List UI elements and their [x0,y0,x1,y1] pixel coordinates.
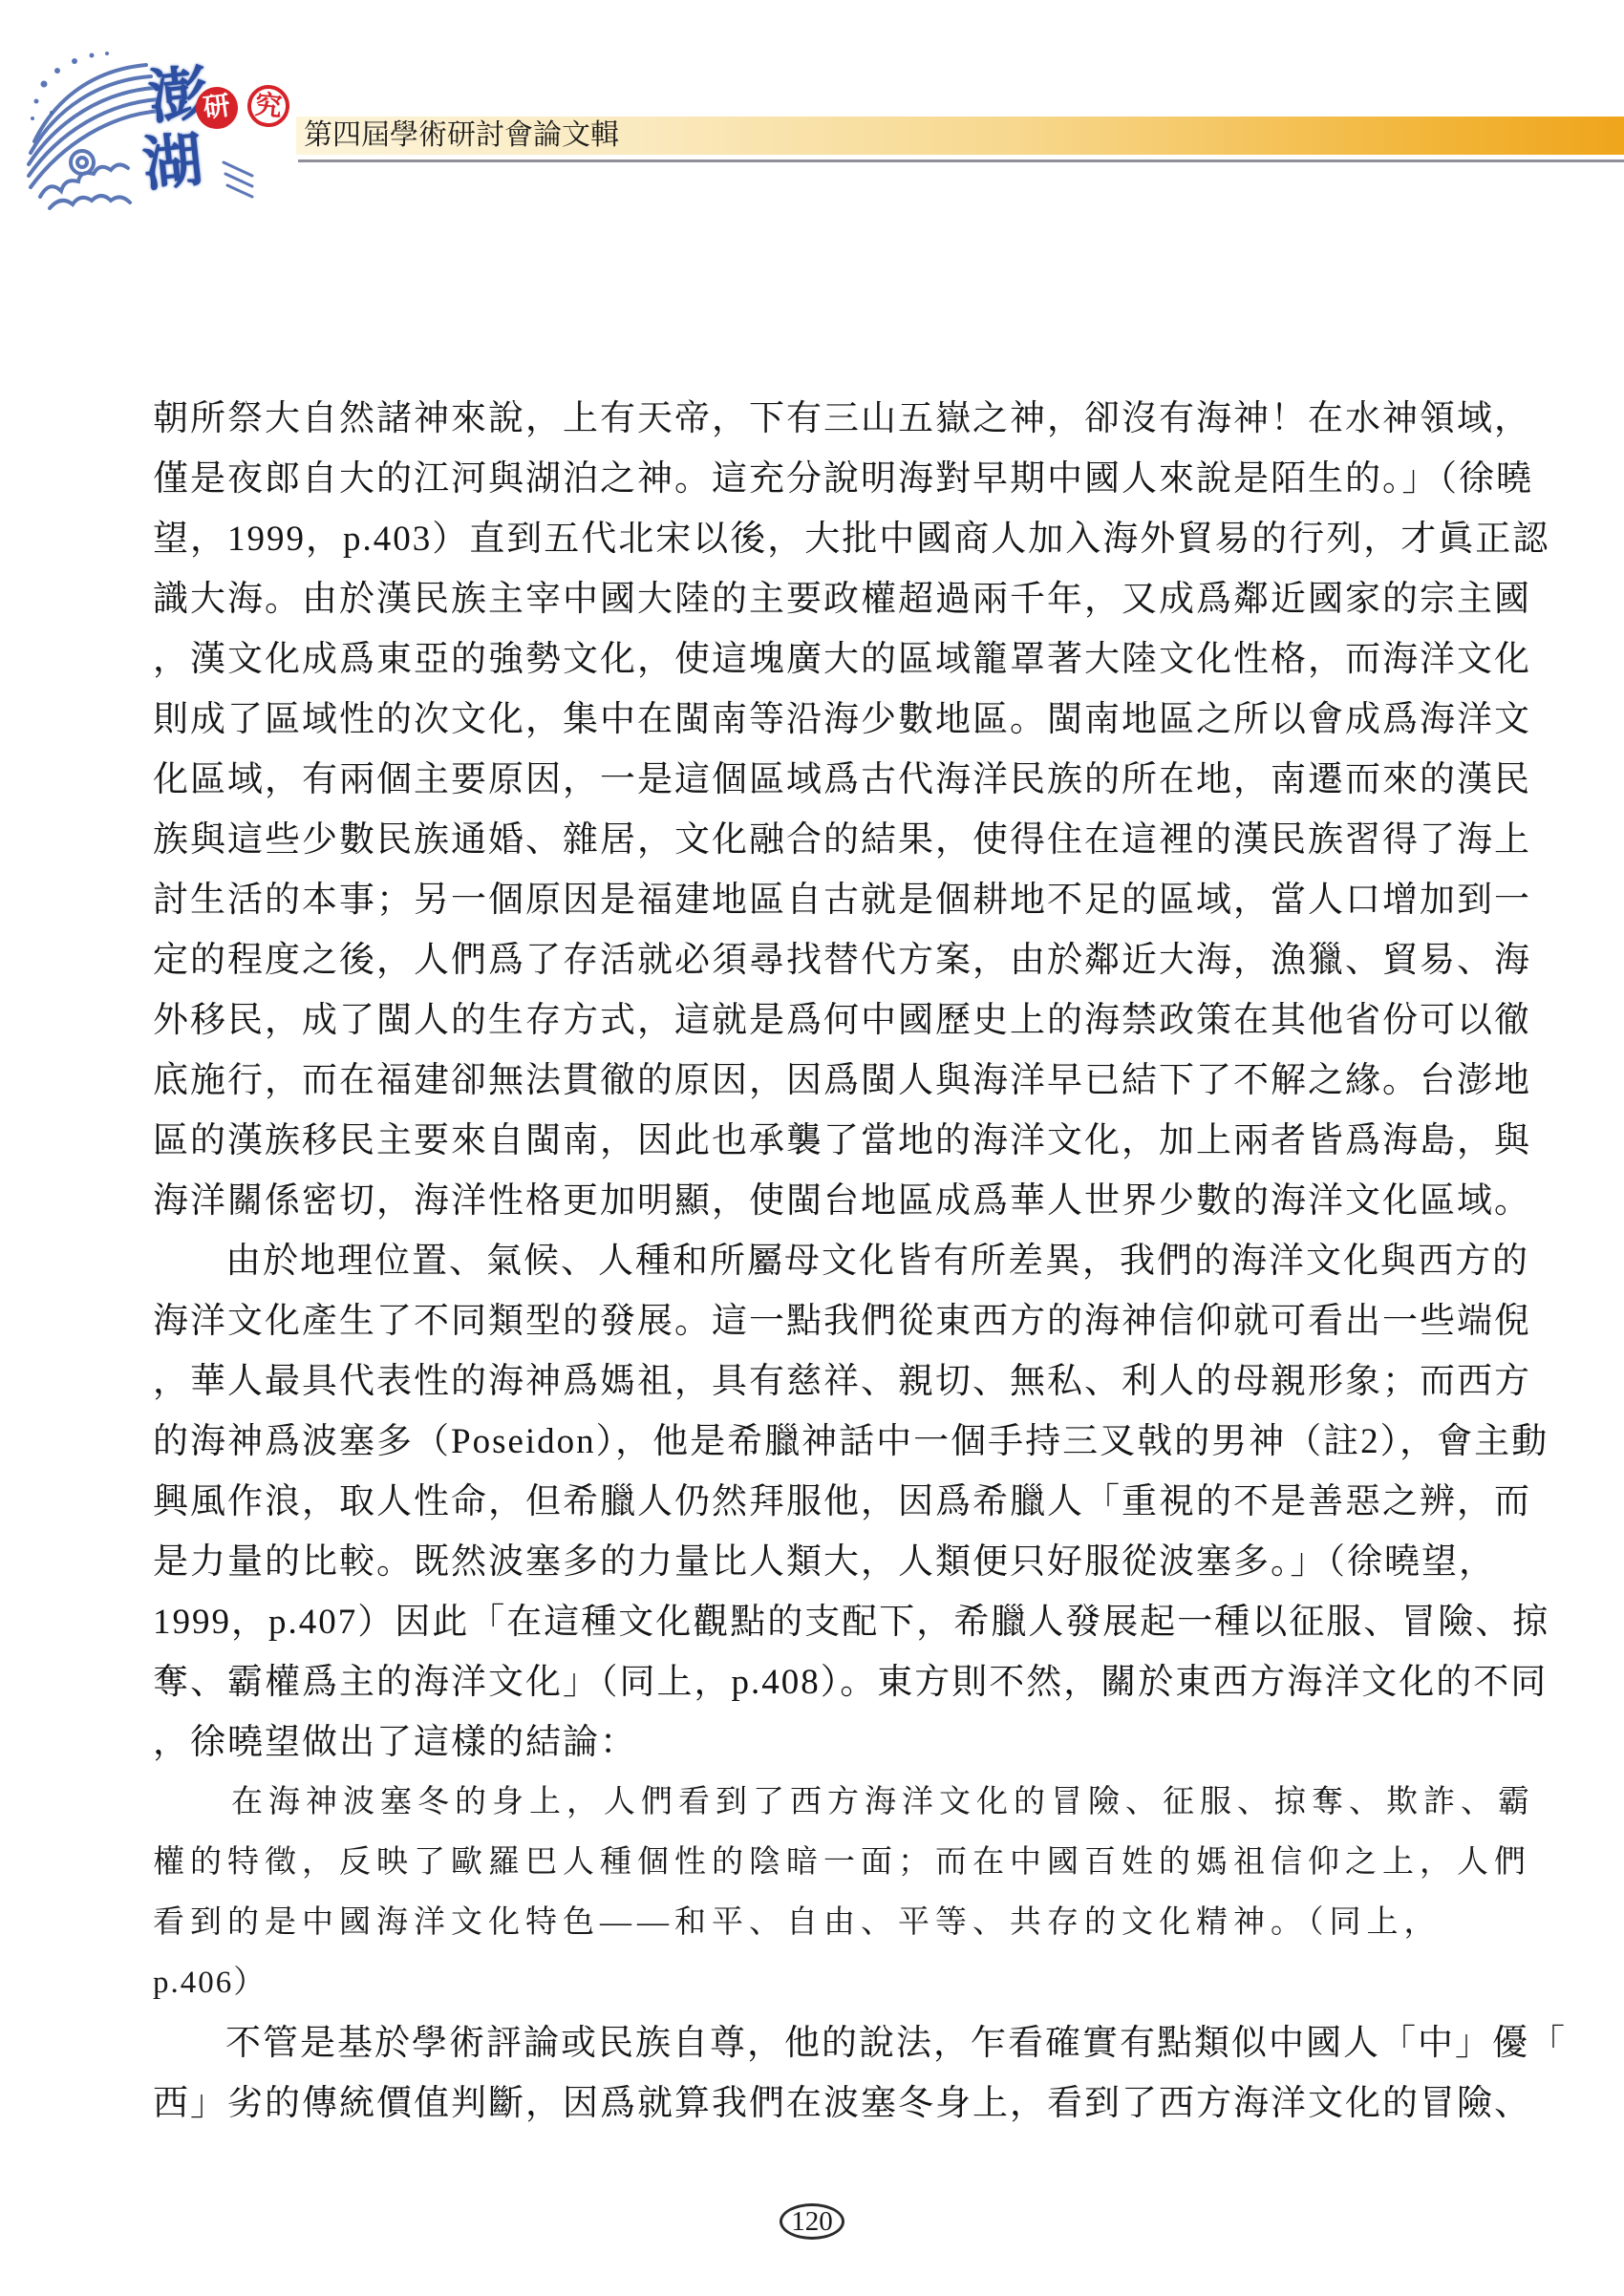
text-line: 朝所祭大自然諸神來說，上有天帝，下有三山五嶽之神，卻沒有海神！在水神領域， [153,389,1479,449]
text-line: 討生活的本事；另一個原因是福建地區自古就是個耕地不足的區域，當人口增加到一 [153,870,1479,930]
text-line: p.406） [153,1953,1479,2013]
text-line: 僅是夜郎自大的江河與湖泊之神。這充分說明海對早期中國人來說是陌生的。」（徐曉 [153,449,1479,509]
text-line: 是力量的比較。既然波塞多的力量比人類大，人類便只好服從波塞多。」（徐曉望， [153,1532,1479,1592]
header-bar: 第四屆學術研討會論文輯 [296,117,1624,155]
text-line: 識大海。由於漢民族主宰中國大陸的主要政權超過兩千年，又成爲鄰近國家的宗主國 [153,569,1479,629]
text-line: 1999，p.407）因此「在這種文化觀點的支配下，希臘人發展起一種以征服、冒險… [153,1592,1479,1652]
penghu-logo: 澎 湖 研 究 [27,46,294,213]
text-line: 化區域，有兩個主要原因，一是這個區域爲古代海洋民族的所在地，南遷而來的漢民 [153,750,1479,810]
document-page: 澎 湖 研 究 第四屆學術研討會論文輯 朝所祭大自然諸神來說，上有天帝，下有三山… [0,0,1624,2296]
text-line: 由於地理位置、氣候、人種和所屬母文化皆有所差異，我們的海洋文化與西方的 [153,1231,1479,1291]
article-body: 朝所祭大自然諸神來說，上有天帝，下有三山五嶽之神，卻沒有海神！在水神領域，僅是夜… [153,389,1479,2134]
logo-character-hu: 湖 [140,131,205,196]
text-line: ，漢文化成爲東亞的強勢文化，使這塊廣大的區域籠罩著大陸文化性格，而海洋文化 [153,629,1479,690]
page-number-badge: 120 [780,2203,844,2240]
text-line: 海洋關係密切，海洋性格更加明顯，使閩台地區成爲華人世界少數的海洋文化區域。 [153,1171,1479,1231]
text-line: 則成了區域性的次文化，集中在閩南等沿海少數地區。閩南地區之所以會成爲海洋文 [153,690,1479,750]
text-line: 在海神波塞冬的身上，人們看到了西方海洋文化的冒險、征服、掠奪、欺詐、霸 [153,1773,1479,1833]
text-line: 底施行，而在福建卻無法貫徹的原因，因爲閩人與海洋早已結下了不解之緣。台澎地 [153,1051,1479,1111]
proceedings-title: 第四屆學術研討會論文輯 [304,120,619,151]
text-line: 的海神爲波塞多（Poseidon），他是希臘神話中一個手持三叉戟的男神（註2），… [153,1412,1479,1472]
text-line: 族與這些少數民族通婚、雜居，文化融合的結果，使得住在這裡的漢民族習得了海上 [153,810,1479,870]
text-line: 奪、霸權爲主的海洋文化」（同上，p.408）。東方則不然，關於東西方海洋文化的不… [153,1652,1479,1712]
text-line: 不管是基於學術評論或民族自尊，他的說法，乍看確實有點類似中國人「中」優「 [153,2013,1479,2073]
header-rule [298,159,1624,162]
text-line: 海洋文化產生了不同類型的發展。這一點我們從東西方的海神信仰就可看出一些端倪 [153,1291,1479,1351]
text-line: 區的漢族移民主要來自閩南，因此也承襲了當地的海洋文化，加上兩者皆爲海島，與 [153,1111,1479,1171]
text-line: ，徐曉望做出了這樣的結論： [153,1712,1479,1773]
text-line: ，華人最具代表性的海神爲媽祖，具有慈祥、親切、無私、利人的母親形象；而西方 [153,1351,1479,1412]
text-line: 西」劣的傳統價值判斷，因爲就算我們在波塞冬身上，看到了西方海洋文化的冒險、 [153,2073,1479,2134]
text-line: 定的程度之後，人們爲了存活就必須尋找替代方案，由於鄰近大海，漁獵、貿易、海 [153,930,1479,990]
text-line: 望，1999，p.403）直到五代北宋以後，大批中國商人加入海外貿易的行列，才眞… [153,509,1479,569]
text-line: 看到的是中國海洋文化特色——和平、自由、平等、共存的文化精神。（同上， [153,1893,1479,1953]
page-number: 120 [791,2206,833,2237]
text-line: 外移民，成了閩人的生存方式，這就是爲何中國歷史上的海禁政策在其他省份可以徹 [153,990,1479,1051]
text-line: 權的特徵，反映了歐羅巴人種個性的陰暗一面；而在中國百姓的媽祖信仰之上，人們 [153,1833,1479,1893]
text-line: 興風作浪，取人性命，但希臘人仍然拜服他，因爲希臘人「重視的不是善惡之辨，而 [153,1472,1479,1532]
